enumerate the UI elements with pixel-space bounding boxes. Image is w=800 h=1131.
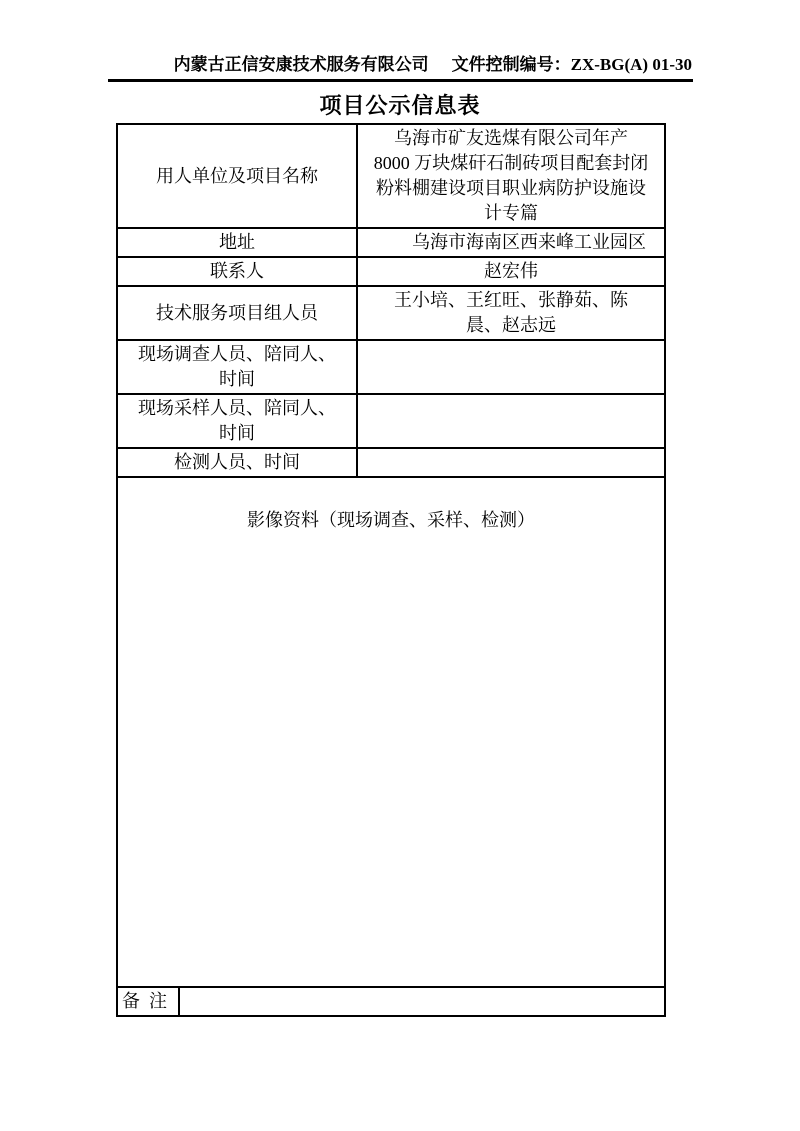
cell-value-remark bbox=[179, 987, 665, 1016]
cell-label-site-survey: 现场调查人员、陪同人、 时间 bbox=[117, 340, 357, 394]
table-row-remark: 备注 bbox=[117, 987, 665, 1016]
cell-label-contact-person: 联系人 bbox=[117, 257, 357, 286]
page-header: 内蒙古正信安康技术服务有限公司 文件控制编号：ZX-BG(A) 01-30 bbox=[108, 54, 693, 82]
cell-value-contact-person: 赵宏伟 bbox=[357, 257, 665, 286]
table-row-site-survey: 现场调查人员、陪同人、 时间 bbox=[117, 340, 665, 394]
table-row-testing-personnel: 检测人员、时间 bbox=[117, 448, 665, 477]
cell-label-employer-project-name: 用人单位及项目名称 bbox=[117, 124, 357, 228]
table-row-employer-project-name: 用人单位及项目名称 乌海市矿友选煤有限公司年产 8000 万块煤矸石制砖项目配套… bbox=[117, 124, 665, 228]
cell-label-remark: 备注 bbox=[117, 987, 179, 1016]
table-row-service-team: 技术服务项目组人员 王小培、王红旺、张静茹、陈 晨、赵志远 bbox=[117, 286, 665, 340]
cell-media-materials: 影像资料（现场调查、采样、检测） bbox=[117, 477, 665, 987]
table-row-contact-person: 联系人 赵宏伟 bbox=[117, 257, 665, 286]
document-page: { "page_header": { "company": "内蒙古正信安康技术… bbox=[0, 0, 800, 1131]
table-row-site-sampling: 现场采样人员、陪同人、 时间 bbox=[117, 394, 665, 448]
cell-value-site-survey bbox=[357, 340, 665, 394]
project-info-table: 用人单位及项目名称 乌海市矿友选煤有限公司年产 8000 万块煤矸石制砖项目配套… bbox=[116, 123, 666, 1017]
cell-value-site-sampling bbox=[357, 394, 665, 448]
page-title: 项目公示信息表 bbox=[0, 93, 800, 119]
cell-label-address: 地址 bbox=[117, 228, 357, 257]
cell-value-employer-project-name: 乌海市矿友选煤有限公司年产 8000 万块煤矸石制砖项目配套封闭 粉料棚建设项目… bbox=[357, 124, 665, 228]
cell-value-testing-personnel bbox=[357, 448, 665, 477]
company-name: 内蒙古正信安康技术服务有限公司 bbox=[174, 54, 429, 76]
cell-label-site-sampling: 现场采样人员、陪同人、 时间 bbox=[117, 394, 357, 448]
cell-label-testing-personnel: 检测人员、时间 bbox=[117, 448, 357, 477]
cell-value-address: 乌海市海南区西来峰工业园区 bbox=[357, 228, 665, 257]
cell-value-service-team: 王小培、王红旺、张静茹、陈 晨、赵志远 bbox=[357, 286, 665, 340]
table-row-address: 地址 乌海市海南区西来峰工业园区 bbox=[117, 228, 665, 257]
media-materials-header: 影像资料（现场调查、采样、检测） bbox=[247, 510, 535, 530]
table-row-media-materials: 影像资料（现场调查、采样、检测） bbox=[117, 477, 665, 987]
doc-control-number: 文件控制编号：ZX-BG(A) 01-30 bbox=[452, 54, 692, 76]
cell-label-service-team: 技术服务项目组人员 bbox=[117, 286, 357, 340]
